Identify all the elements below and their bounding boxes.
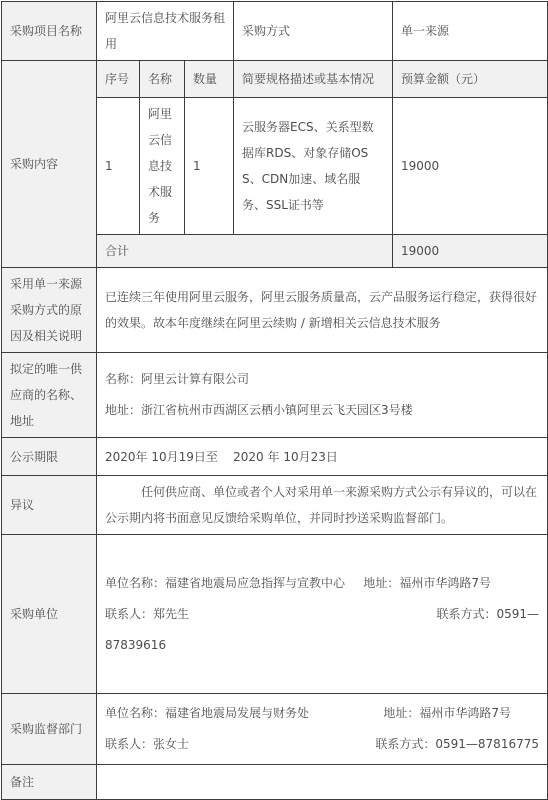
supplier-address: 地址：浙江省杭州市西湖区云栖小镇阿里云飞天园区3号楼 [105, 395, 539, 426]
table-row: 采购内容 序号 名称 数量 简要规格描述或基本情况 预算金额（元） [2, 61, 548, 98]
purchaser-org: 单位名称：福建省地震局应急指挥与宣教中心 [105, 568, 345, 599]
procurement-notice-document: 采购项目名称 阿里云信息技术服务租用 采购方式 单一来源 采购内容 序号 名称 … [0, 1, 548, 718]
col-header-spec: 简要规格描述或基本情况 [234, 61, 393, 98]
purchaser-label: 采购单位 [2, 535, 97, 694]
objection-label: 异议 [2, 476, 97, 535]
supervisor-contact: 联系人：张女士 [105, 729, 189, 760]
total-label: 合计 [97, 235, 393, 268]
purchaser-address: 地址：福州市华鸿路7号 [363, 568, 491, 599]
item-qty: 1 [185, 98, 234, 235]
total-value: 19000 [393, 235, 548, 268]
table-row: 公示期限 2020年 10月19日至 2020 年 10月23日 [2, 438, 548, 476]
purchaser-phone-prefix: 联系方式：0591— [436, 599, 539, 630]
project-name-value: 阿里云信息技术服务租用 [97, 2, 234, 61]
item-budget: 19000 [393, 98, 548, 235]
table-row: 采购项目名称 阿里云信息技术服务租用 采购方式 单一来源 [2, 2, 548, 61]
table-row: 异议 任何供应商、单位或者个人对采用单一来源采购方式公示有异议的，可以在公示期内… [2, 476, 548, 535]
remarks-label: 备注 [2, 765, 97, 800]
supervisor-info: 单位名称：福建省地震局发展与财务处 地址：福州市华鸿路7号 联系人：张女士 联系… [97, 694, 548, 765]
table-row: 采用单一来源采购方式的原因及相关说明 已连续三年使用阿里云服务，阿里云服务质量高… [2, 268, 548, 353]
col-header-qty: 数量 [185, 61, 234, 98]
reason-text: 已连续三年使用阿里云服务，阿里云服务质量高，云产品服务运行稳定，获得很好的效果。… [97, 268, 548, 353]
supervisor-phone: 联系方式：0591—87816775 [375, 729, 539, 760]
purchaser-line-contact: 联系人：郑先生 联系方式：0591— [105, 599, 539, 630]
supervisor-line-contact: 联系人：张女士 联系方式：0591—87816775 [105, 729, 539, 760]
supervisor-address: 地址：福州市华鸿路7号 [383, 698, 511, 729]
supervisor-line-org: 单位名称：福建省地震局发展与财务处 地址：福州市华鸿路7号 [105, 698, 539, 729]
period-label: 公示期限 [2, 438, 97, 476]
remarks-value [97, 765, 548, 800]
purchaser-line-org: 单位名称：福建省地震局应急指挥与宣教中心 地址：福州市华鸿路7号 [105, 568, 539, 599]
reason-label: 采用单一来源采购方式的原因及相关说明 [2, 268, 97, 353]
supervisor-org: 单位名称：福建省地震局发展与财务处 [105, 698, 309, 729]
purchaser-phone-rest: 87839616 [105, 630, 539, 661]
col-header-budget: 预算金额（元） [393, 61, 548, 98]
procurement-table: 采购项目名称 阿里云信息技术服务租用 采购方式 单一来源 采购内容 序号 名称 … [1, 1, 548, 800]
item-spec: 云服务器ECS、关系型数据库RDS、对象存储OSS、CDN加速、域名服务、SSL… [234, 98, 393, 235]
item-no: 1 [97, 98, 140, 235]
table-row: 采购监督部门 单位名称：福建省地震局发展与财务处 地址：福州市华鸿路7号 联系人… [2, 694, 548, 765]
method-label: 采购方式 [234, 2, 393, 61]
objection-text: 任何供应商、单位或者个人对采用单一来源采购方式公示有异议的，可以在公示期内将书面… [97, 476, 548, 535]
supplier-name: 名称：阿里云计算有限公司 [105, 364, 539, 395]
content-label: 采购内容 [2, 61, 97, 268]
table-row: 备注 [2, 765, 548, 800]
purchaser-contact: 联系人：郑先生 [105, 599, 189, 630]
period-value: 2020年 10月19日至 2020 年 10月23日 [97, 438, 548, 476]
supplier-info: 名称：阿里云计算有限公司 地址：浙江省杭州市西湖区云栖小镇阿里云飞天园区3号楼 [97, 353, 548, 438]
table-row: 采购单位 单位名称：福建省地震局应急指挥与宣教中心 地址：福州市华鸿路7号 联系… [2, 535, 548, 694]
col-header-no: 序号 [97, 61, 140, 98]
purchaser-info: 单位名称：福建省地震局应急指挥与宣教中心 地址：福州市华鸿路7号 联系人：郑先生… [97, 535, 548, 694]
method-value: 单一来源 [393, 2, 548, 61]
supplier-label: 拟定的唯一供应商的名称、地址 [2, 353, 97, 438]
supervisor-label: 采购监督部门 [2, 694, 97, 765]
item-name: 阿里云信息技术服务 [140, 98, 185, 235]
table-row: 拟定的唯一供应商的名称、地址 名称：阿里云计算有限公司 地址：浙江省杭州市西湖区… [2, 353, 548, 438]
col-header-name: 名称 [140, 61, 185, 98]
project-name-label: 采购项目名称 [2, 2, 97, 61]
